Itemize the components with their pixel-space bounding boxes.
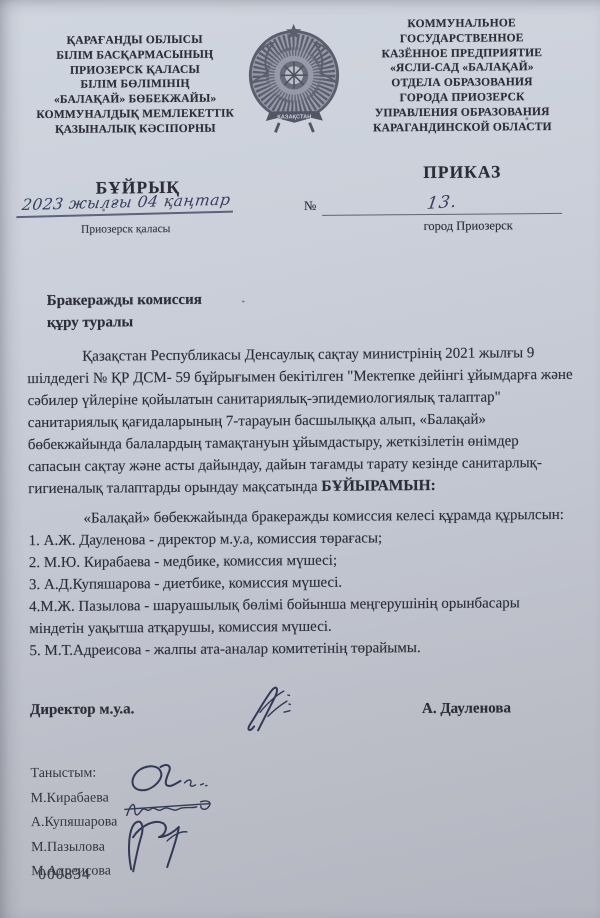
body-paragraph: Қазақстан Республикасы Денсаулық сақтау …	[27, 342, 574, 500]
order-number-blank-line: 13.	[322, 192, 562, 216]
org-line: КАРАГАНДИНСКОЙ ОБЛАСТИ	[347, 119, 577, 136]
scan-speck	[525, 117, 528, 120]
director-title: Директор м.у.а.	[30, 701, 134, 719]
commission-member-item: 5. М.Т.Адреисова - жалпы ата-аналар коми…	[29, 636, 575, 662]
scan-speck	[242, 300, 245, 302]
acquainted-name: М.Пазылова	[31, 835, 118, 860]
subject-line: құру туралы	[47, 311, 202, 334]
director-signature	[240, 682, 302, 740]
org-name-kazakh: ҚАРАҒАНДЫ ОБЛЫСЫ БІЛІМ БАСҚАРМАСЫНЫҢ ПРИ…	[31, 32, 240, 137]
org-line: «БАЛАҚАЙ» БӨБЕКЖАЙЫ»	[31, 92, 239, 108]
director-signoff-row: Директор м.у.а. А. Дауленова	[2, 694, 600, 699]
order-body: Қазақстан Республикасы Денсаулық сақтау …	[27, 342, 575, 662]
number-sign: №	[304, 198, 323, 216]
order-place-russian: город Приозерск	[378, 218, 558, 234]
commission-member-item: 4.М.Ж. Пазылова - шаруашылық бөлімі бойы…	[29, 592, 575, 640]
emblem-banner-text: ҚАЗАҚСТАН	[277, 114, 311, 120]
org-line: ҚАРАҒАНДЫ ОБЛЫСЫ	[31, 32, 239, 48]
acquainted-signature-pazylova	[115, 815, 195, 878]
kazakhstan-coat-of-arms-icon: ҚАЗАҚСТАН	[237, 20, 352, 139]
acquainted-label: Таныстым:	[30, 761, 117, 786]
director-name: А. Дауленова	[422, 700, 511, 718]
order-number-row: № 13.	[304, 192, 562, 216]
order-date-handwritten: 2023 жылғы 04 қаңтар	[18, 193, 230, 217]
handwritten-date-text: 2023 жылғы 04 қаңтар	[16, 191, 236, 218]
org-line: БІЛІМ БАСҚАРМАСЫНЫҢ	[31, 47, 239, 63]
acquainted-name: А.Купяшарова	[31, 810, 118, 835]
order-place-kazakh: Приозерск қаласы	[33, 223, 218, 236]
body-paragraph: «Балақай» бөбекжайында бракеражды комисс…	[28, 504, 574, 530]
handwritten-order-number: 13.	[426, 192, 459, 215]
acquainted-name: М.Кирабаева	[31, 786, 118, 811]
body-paragraph-text: Қазақстан Республикасы Денсаулық сақтау …	[27, 345, 572, 497]
org-name-russian: КОММУНАЛЬНОЕ ГОСУДАРСТВЕННОЕ КАЗЁННОЕ ПР…	[347, 16, 578, 136]
order-title-russian: ПРИКАЗ	[360, 161, 565, 184]
form-number: 000834	[38, 866, 91, 884]
decree-word: БҰЙЫРАМЫН:	[321, 477, 436, 495]
commission-member-list: 1. А.Ж. Дауленова - директор м.у.а, коми…	[29, 526, 576, 662]
order-subject: Бракеражды комиссия құру туралы	[47, 289, 202, 334]
scan-speck	[102, 209, 105, 212]
subject-line: Бракеражды комиссия	[47, 289, 202, 312]
org-line: КОММУНАЛДЫҚ МЕМЛЕКЕТТІК	[31, 106, 239, 122]
org-line: ҚАЗЫНАЛЫҚ КӘСІПОРНЫ	[31, 121, 239, 137]
org-line: ПРИОЗЕРСК ҚАЛАСЫ	[31, 62, 239, 78]
org-line: БІЛІМ БӨЛІМІНІҢ	[31, 77, 239, 93]
scanned-document-page: ҚАРАҒАНДЫ ОБЛЫСЫ БІЛІМ БАСҚАРМАСЫНЫҢ ПРИ…	[0, 0, 600, 918]
org-line: УПРАВЛЕНИЯ ОБРАЗОВАНИЯ	[347, 105, 577, 122]
